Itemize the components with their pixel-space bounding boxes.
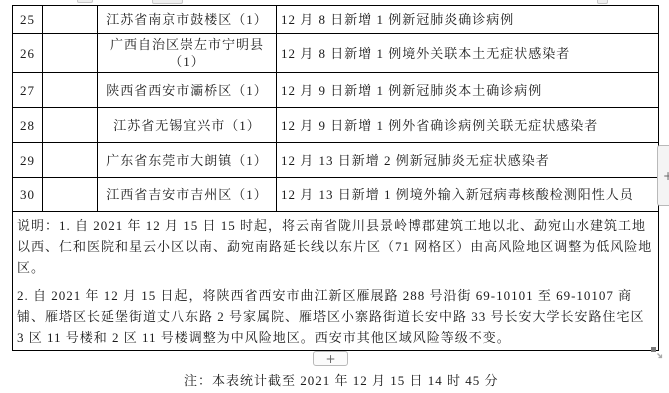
notes-paragraph-1: 说明：1. 自 2021 年 12 月 15 日 15 时起，将云南省陇川县景岭… (17, 215, 654, 278)
table-row: 27 陕西省西安市灞桥区（1） 12 月 9 日新增 1 例新冠肺炎本土确诊病例 (13, 73, 659, 108)
location-cell: 广西自治区崇左市宁明县（1） (98, 34, 277, 73)
location-cell: 广东省东莞市大朗镇（1） (98, 143, 277, 178)
detail-cell: 12 月 13 日新增 1 例境外输入新冠病毒核酸检测阳性人员 (277, 178, 659, 212)
plus-icon: + (663, 170, 669, 182)
empty-cell (43, 6, 98, 34)
location-cell: 江苏省无锡宜兴市（1） (98, 108, 277, 143)
cropped-ui-fragment (152, 0, 183, 4)
table-row: 25 江苏省南京市鼓楼区（1） 12 月 8 日新增 1 例新冠肺炎确诊病例 (13, 6, 659, 34)
risk-area-table: 25 江苏省南京市鼓楼区（1） 12 月 8 日新增 1 例新冠肺炎确诊病例 2… (12, 5, 659, 351)
empty-cell (43, 34, 98, 73)
detail-cell: 12 月 8 日新增 1 例新冠肺炎确诊病例 (277, 6, 659, 34)
detail-cell: 12 月 13 日新增 2 例新冠肺炎无症状感染者 (277, 143, 659, 178)
plus-icon: + (325, 353, 335, 365)
notes-text: 说明：1. 自 2021 年 12 月 15 日 15 时起，将云南省陇川县景岭… (17, 215, 654, 347)
empty-cell (43, 108, 98, 143)
table-row: 29 广东省东莞市大朗镇（1） 12 月 13 日新增 2 例新冠肺炎无症状感染… (13, 143, 659, 178)
cropped-ui-fragment (77, 0, 93, 3)
detail-cell: 12 月 9 日新增 1 例外省确诊病例关联无症状感染者 (277, 108, 659, 143)
detail-cell: 12 月 9 日新增 1 例新冠肺炎本土确诊病例 (277, 73, 659, 108)
row-number-cell: 26 (13, 34, 43, 73)
add-row-button[interactable]: + (313, 351, 348, 366)
notes-cell: 说明：1. 自 2021 年 12 月 15 日 15 时起，将云南省陇川县景岭… (13, 212, 659, 351)
document-page: 25 江苏省南京市鼓楼区（1） 12 月 8 日新增 1 例新冠肺炎确诊病例 2… (0, 0, 669, 393)
statistics-cutoff-note: 注：本表统计截至 2021 年 12 月 15 日 14 时 45 分 (184, 370, 499, 389)
notes-paragraph-2: 2. 自 2021 年 12 月 15 日起，将陕西省西安市曲江新区雁展路 28… (17, 285, 654, 347)
location-cell: 江苏省南京市鼓楼区（1） (98, 6, 277, 34)
empty-cell (43, 73, 98, 108)
row-number-cell: 29 (13, 143, 43, 178)
row-number-cell: 27 (13, 73, 43, 108)
row-number-cell: 25 (13, 6, 43, 34)
row-number-cell: 28 (13, 108, 43, 143)
location-cell: 陕西省西安市灞桥区（1） (98, 73, 277, 108)
table-row: 30 江西省吉安市吉州区（1） 12 月 13 日新增 1 例境外输入新冠病毒核… (13, 178, 659, 212)
table-row: 26 广西自治区崇左市宁明县（1） 12 月 8 日新增 1 例境外关联本土无症… (13, 34, 659, 73)
add-column-button[interactable]: + (657, 145, 669, 206)
empty-cell (43, 143, 98, 178)
table-resize-handle-icon[interactable] (650, 346, 664, 360)
notes-row: 说明：1. 自 2021 年 12 月 15 日 15 时起，将云南省陇川县景岭… (13, 212, 659, 351)
table-row: 28 江苏省无锡宜兴市（1） 12 月 9 日新增 1 例外省确诊病例关联无症状… (13, 108, 659, 143)
empty-cell (43, 178, 98, 212)
detail-cell: 12 月 8 日新增 1 例境外关联本土无症状感染者 (277, 34, 659, 73)
cropped-ui-fragment (597, 0, 608, 4)
row-number-cell: 30 (13, 178, 43, 212)
location-cell: 江西省吉安市吉州区（1） (98, 178, 277, 212)
